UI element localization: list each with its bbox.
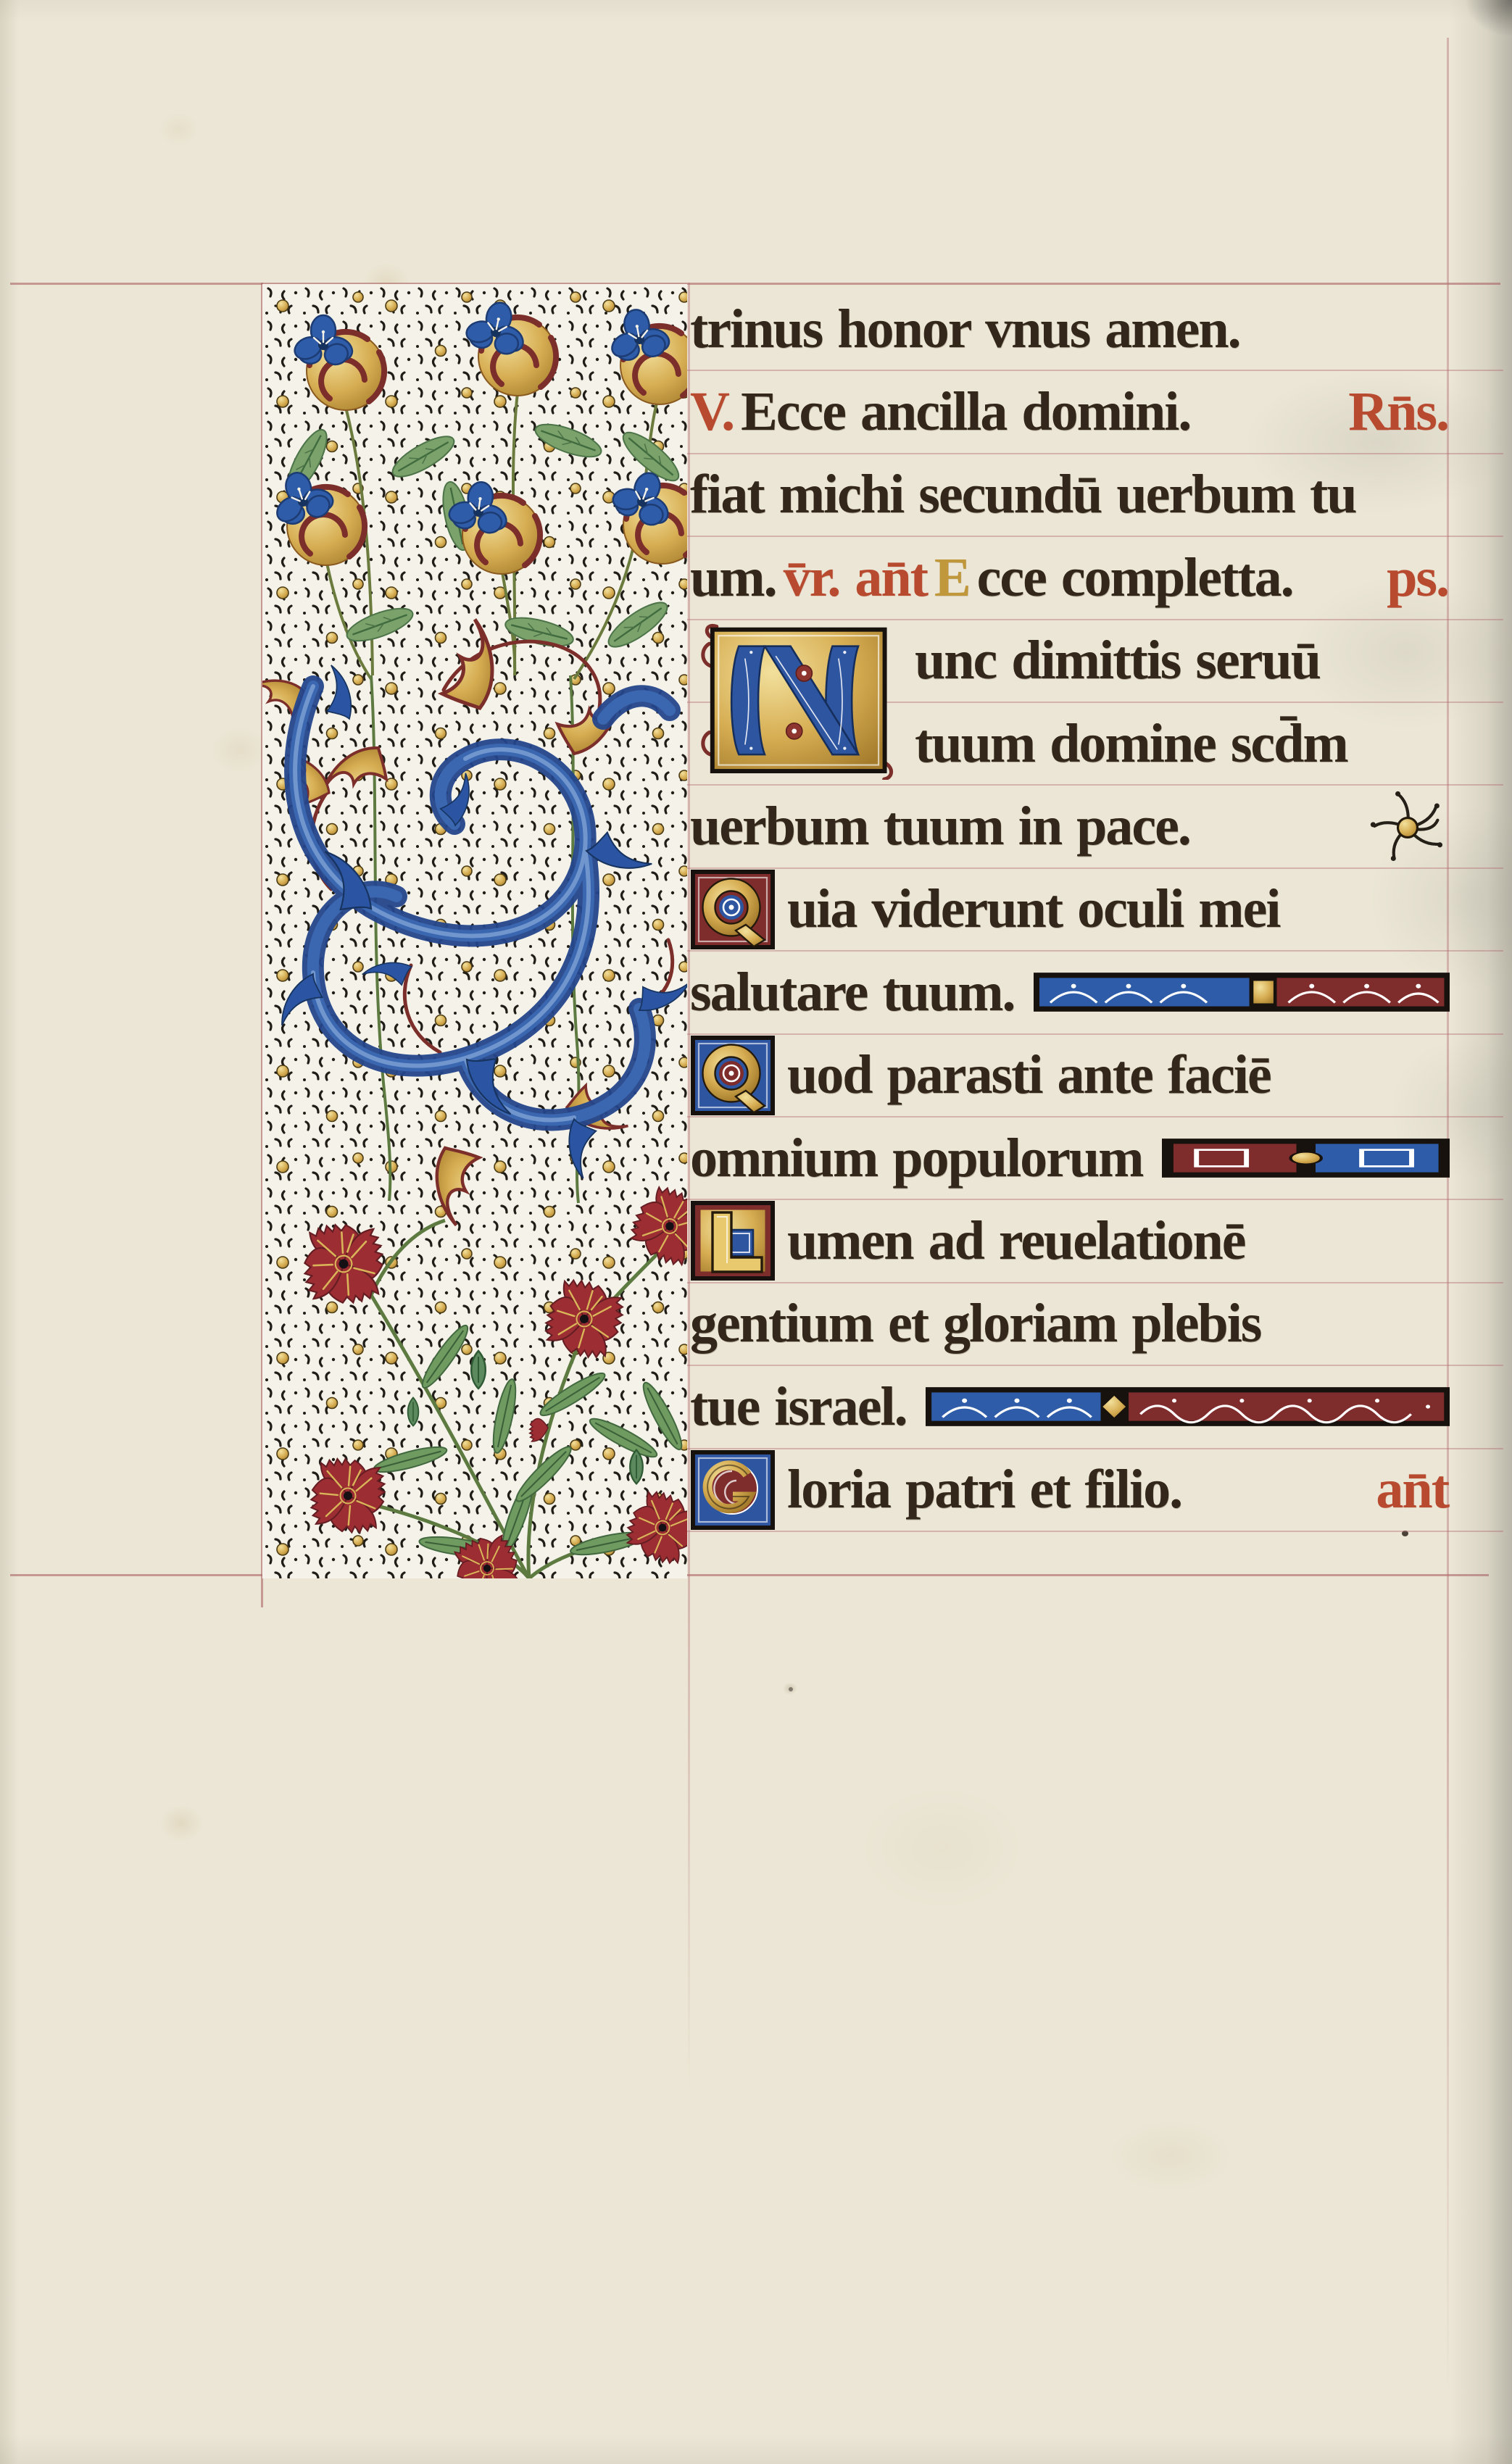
text-line: uia viderunt oculi mei [690, 867, 1450, 952]
illuminated-initial-q [690, 1036, 776, 1115]
text-line: omnium populorum [690, 1116, 1450, 1200]
text-line: unc dimittis seruū [915, 619, 1450, 703]
body-text: umen ad reuelationē [787, 1210, 1245, 1273]
illuminated-initial-q [690, 870, 776, 949]
text-line: gentium et gloriam plebis [690, 1282, 1450, 1366]
text-line: V.Ecce ancilla domini.Rn̄s. [690, 370, 1450, 454]
floral-border-panel [262, 284, 687, 1578]
line-filler-long [926, 1384, 1450, 1429]
illuminated-initial-l [690, 1201, 776, 1281]
text-line: um.v̄r. an̄tEcce completta.ps. [690, 536, 1450, 620]
body-text: trinus honor vnus amen. [690, 298, 1240, 361]
text-line: fiat michi secundū uerbum tu [690, 453, 1450, 537]
body-text: salutare tuum. [690, 961, 1015, 1024]
body-text: E [934, 546, 970, 609]
body-text: unc dimittis seruū [915, 629, 1320, 692]
body-text: gentium et gloriam plebis [690, 1292, 1260, 1355]
rubric-text: Rn̄s. [1348, 380, 1448, 444]
body-text: tue israel. [690, 1375, 907, 1439]
manuscript-page: trinus honor vnus amen.V.Ecce ancilla do… [0, 0, 1512, 2464]
rubric-text: v̄r. an̄t [784, 546, 927, 609]
body-text: um. [690, 546, 776, 609]
text-line: trinus honor vnus amen. [690, 287, 1450, 371]
gold-flower-ornament [1366, 786, 1450, 867]
illuminated-initial-n [693, 620, 902, 781]
body-text: tuum domine scd̄m [915, 712, 1347, 775]
text-line: uerbum tuum in pace. [690, 784, 1450, 868]
rubric-text: V. [690, 380, 734, 444]
text-line: tue israel. [690, 1365, 1450, 1449]
body-text: omnium populorum [690, 1127, 1143, 1190]
text-line: salutare tuum. [690, 950, 1450, 1034]
ruling-top [10, 283, 1500, 285]
body-text: uod parasti ante faciē [787, 1044, 1271, 1107]
text-line: uod parasti ante faciē [690, 1033, 1450, 1117]
body-text: uia viderunt oculi mei [787, 878, 1279, 941]
ruling-bottom [10, 1574, 1489, 1576]
body-text: Ecce ancilla domini. [741, 380, 1190, 444]
rubric-text: ps. [1387, 546, 1448, 609]
illuminated-initial-g [690, 1450, 776, 1530]
body-text: uerbum tuum in pace. [690, 795, 1190, 858]
body-text: fiat michi secundū uerbum tu [690, 463, 1356, 526]
rubric-text: an̄t [1376, 1458, 1448, 1521]
text-line: tuum domine scd̄m [915, 702, 1450, 786]
ink-speck [789, 1687, 793, 1691]
line-filler-small [1162, 1136, 1450, 1181]
page-corner-shadow [1461, 0, 1512, 58]
body-text: loria patri et filio. [787, 1458, 1181, 1521]
text-line: umen ad reuelationē [690, 1199, 1450, 1283]
line-filler-medium [1034, 970, 1450, 1015]
text-line: loria patri et filio.an̄t [690, 1448, 1450, 1532]
body-text: cce completta. [977, 546, 1293, 609]
